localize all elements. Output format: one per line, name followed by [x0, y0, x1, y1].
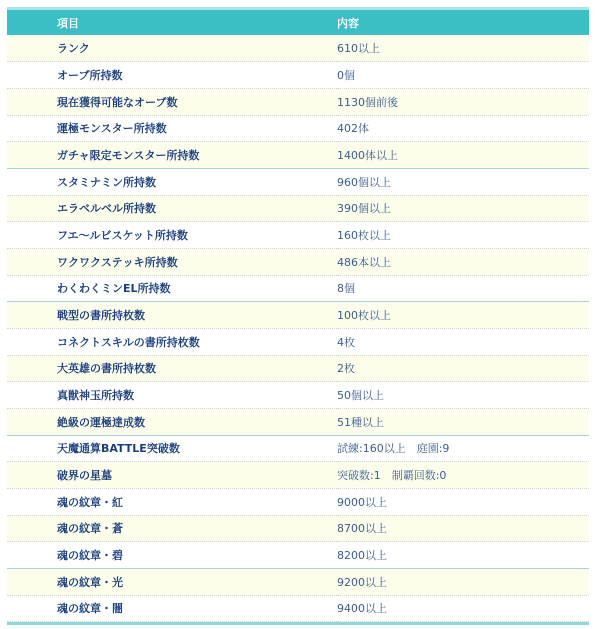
- table-row: スタミナミン所持数 960個以上: [7, 168, 589, 195]
- row-label: 天魔通算BATTLE突破数: [7, 435, 337, 462]
- table-row: わくわくミンEL所持数 8個: [7, 275, 589, 302]
- row-label: オーブ所持数: [7, 62, 337, 89]
- table-row: 絶級の運極達成数 51種以上: [7, 408, 589, 435]
- table-row: 現在獲得可能なオーブ数 1130個前後: [7, 88, 589, 115]
- table-bottom-border: [7, 622, 589, 625]
- row-label: 戦型の書所持枚数: [7, 302, 337, 329]
- row-label: 魂の紋章・光: [7, 568, 337, 595]
- row-value: 0個: [337, 62, 589, 89]
- row-label: エラベルベル所持数: [7, 195, 337, 222]
- row-label: 絶級の運極達成数: [7, 408, 337, 435]
- row-label: 破界の星墓: [7, 462, 337, 489]
- table-row: ランク 610以上: [7, 35, 589, 62]
- row-label: 真獣神玉所持数: [7, 382, 337, 409]
- row-value: 8200以上: [337, 542, 589, 569]
- table-row: 魂の紋章・闇 9400以上: [7, 595, 589, 622]
- table-row: ガチャ限定モンスター所持数 1400体以上: [7, 142, 589, 169]
- row-label: わくわくミンEL所持数: [7, 275, 337, 302]
- row-value: 8700以上: [337, 515, 589, 542]
- row-value: 9200以上: [337, 568, 589, 595]
- table-row: コネクトスキルの書所持枚数 4枚: [7, 328, 589, 355]
- table-row: 魂の紋章・紅 9000以上: [7, 488, 589, 515]
- account-info-table-container: 項目 内容 ランク 610以上 オーブ所持数 0個 現在獲得可能なオーブ数 11…: [7, 7, 589, 625]
- table-row: 大英雄の書所持枚数 2枚: [7, 355, 589, 382]
- table-row: 魂の紋章・蒼 8700以上: [7, 515, 589, 542]
- table-row: フエ〜ルビスケット所持数 160枚以上: [7, 222, 589, 249]
- account-info-table: 項目 内容 ランク 610以上 オーブ所持数 0個 現在獲得可能なオーブ数 11…: [7, 10, 589, 622]
- row-value: 390個以上: [337, 195, 589, 222]
- table-row: ワクワクステッキ所持数 486本以上: [7, 248, 589, 275]
- table-row: 真獣神玉所持数 50個以上: [7, 382, 589, 409]
- row-value: 402体: [337, 115, 589, 142]
- table-row: エラベルベル所持数 390個以上: [7, 195, 589, 222]
- row-value: 486本以上: [337, 248, 589, 275]
- row-value: 610以上: [337, 35, 589, 62]
- table-row: オーブ所持数 0個: [7, 62, 589, 89]
- table-row: 魂の紋章・碧 8200以上: [7, 542, 589, 569]
- row-value: 1130個前後: [337, 88, 589, 115]
- row-value: 160枚以上: [337, 222, 589, 249]
- table-row: 破界の星墓 突破数:1 制覇回数:0: [7, 462, 589, 489]
- row-label: 現在獲得可能なオーブ数: [7, 88, 337, 115]
- row-label: 魂の紋章・碧: [7, 542, 337, 569]
- row-label: 魂の紋章・闇: [7, 595, 337, 622]
- row-value: 9000以上: [337, 488, 589, 515]
- header-content: 内容: [337, 10, 589, 35]
- table-row: 魂の紋章・光 9200以上: [7, 568, 589, 595]
- row-label: 魂の紋章・蒼: [7, 515, 337, 542]
- row-value: 9400以上: [337, 595, 589, 622]
- row-label: ランク: [7, 35, 337, 62]
- table-row: 天魔通算BATTLE突破数 試練:160以上 庭園:9: [7, 435, 589, 462]
- row-label: 大英雄の書所持枚数: [7, 355, 337, 382]
- table-row: 戦型の書所持枚数 100枚以上: [7, 302, 589, 329]
- row-label: ワクワクステッキ所持数: [7, 248, 337, 275]
- row-value: 突破数:1 制覇回数:0: [337, 462, 589, 489]
- row-value: 100枚以上: [337, 302, 589, 329]
- header-item: 項目: [7, 10, 337, 35]
- row-label: 運極モンスター所持数: [7, 115, 337, 142]
- row-value: 51種以上: [337, 408, 589, 435]
- row-value: 試練:160以上 庭園:9: [337, 435, 589, 462]
- row-label: コネクトスキルの書所持枚数: [7, 328, 337, 355]
- row-label: 魂の紋章・紅: [7, 488, 337, 515]
- table-row: 運極モンスター所持数 402体: [7, 115, 589, 142]
- row-label: ガチャ限定モンスター所持数: [7, 142, 337, 169]
- row-value: 50個以上: [337, 382, 589, 409]
- row-label: スタミナミン所持数: [7, 168, 337, 195]
- row-value: 1400体以上: [337, 142, 589, 169]
- row-value: 960個以上: [337, 168, 589, 195]
- row-label: フエ〜ルビスケット所持数: [7, 222, 337, 249]
- table-header-row: 項目 内容: [7, 10, 589, 35]
- row-value: 8個: [337, 275, 589, 302]
- row-value: 4枚: [337, 328, 589, 355]
- row-value: 2枚: [337, 355, 589, 382]
